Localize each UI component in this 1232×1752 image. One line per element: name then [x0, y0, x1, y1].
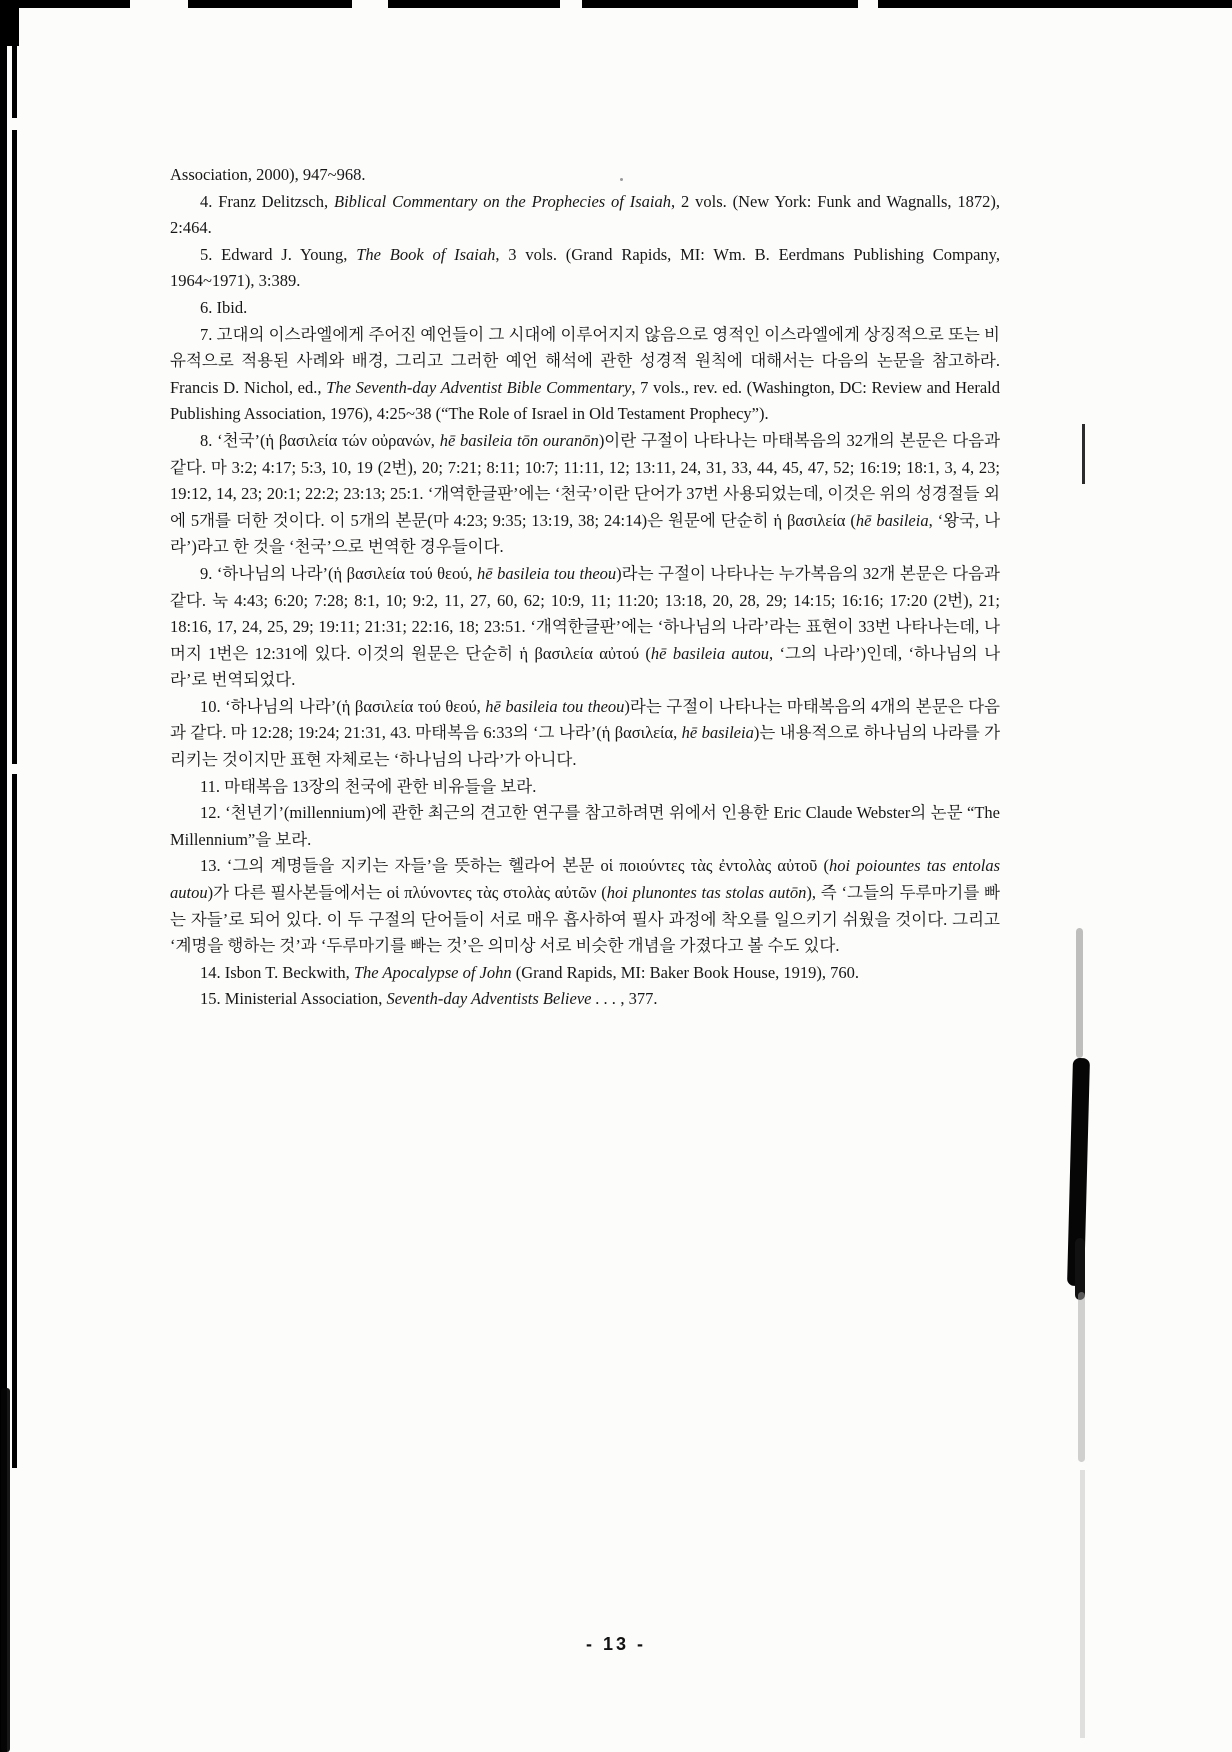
- text-segment: hē basileia: [856, 511, 929, 530]
- scan-artifact-right-tick: [1082, 424, 1085, 484]
- footnote-paragraph: 5. Edward J. Young, The Book of Isaiah, …: [170, 242, 1000, 295]
- scan-artifact-top-gap: [130, 0, 188, 8]
- footnote-paragraph: 14. Isbon T. Beckwith, The Apocalypse of…: [170, 960, 1000, 987]
- text-segment: Seventh-day Adventists Believe . . .: [387, 989, 621, 1008]
- scan-artifact-right-ink-blob: [1067, 1058, 1090, 1286]
- text-segment: (Grand Rapids, MI: Baker Book House, 191…: [512, 963, 859, 982]
- scan-artifact-left-edge-bar: [0, 0, 7, 1752]
- text-segment: hē basileia autou: [651, 644, 769, 663]
- text-segment: 6. Ibid.: [200, 298, 247, 317]
- text-segment: 11. 마태복음 13장의 천국에 관한 비유들을 보라.: [200, 777, 536, 796]
- scan-artifact-right-ink-blob-small: [1075, 1238, 1085, 1300]
- scan-artifact-topleft-blob: [0, 0, 19, 46]
- text-segment: 12. ‘천년기’(millennium)에 관한 최근의 견고한 연구를 참고…: [170, 803, 1000, 849]
- text-segment: hoi plunontes tas stolas autōn: [607, 883, 807, 902]
- scan-artifact-left-inner-line: [12, 0, 17, 1468]
- scan-artifact-right-smudge-upper: [1076, 928, 1083, 1058]
- footnote-paragraph: 7. 고대의 이스라엘에게 주어진 예언들이 그 시대에 이루어지지 않음으로 …: [170, 322, 1000, 428]
- text-segment: 4. Franz Delitzsch,: [200, 192, 334, 211]
- text-segment: , 377.: [620, 989, 657, 1008]
- scan-artifact-right-faint-streak: [1080, 1470, 1085, 1738]
- footnote-paragraph: 8. ‘천국’(ἡ βασιλεία τών οὐρανών, hē basil…: [170, 428, 1000, 561]
- footnote-paragraph: 10. ‘하나님의 나라’(ἡ βασιλεία τού θεού, hē ba…: [170, 694, 1000, 774]
- footnote-paragraph: 4. Franz Delitzsch, Biblical Commentary …: [170, 189, 1000, 242]
- footnote-paragraph: 12. ‘천년기’(millennium)에 관한 최근의 견고한 연구를 참고…: [170, 800, 1000, 853]
- text-segment: hē basileia tou theou: [485, 697, 624, 716]
- footnote-paragraph: 6. Ibid.: [170, 295, 1000, 322]
- scan-artifact-top-gap: [352, 0, 388, 8]
- footnote-paragraph: 13. ‘그의 계명들을 지키는 자들’을 뜻하는 헬라어 본문 οἱ ποιο…: [170, 853, 1000, 959]
- footnote-paragraph: 11. 마태복음 13장의 천국에 관한 비유들을 보라.: [170, 774, 1000, 801]
- footnote-paragraph: Association, 2000), 947~968.: [170, 162, 1000, 189]
- text-segment: hē basileia: [682, 723, 754, 742]
- text-segment: The Apocalypse of John: [354, 963, 512, 982]
- text-segment: The Book of Isaiah: [356, 245, 495, 264]
- text-segment: Biblical Commentary on the Prophecies of…: [334, 192, 671, 211]
- text-segment: 14. Isbon T. Beckwith,: [200, 963, 354, 982]
- text-segment: 8. ‘천국’(ἡ βασιλεία τών οὐρανών,: [200, 431, 440, 450]
- footnote-paragraph: 9. ‘하나님의 나라’(ἡ βασιλεία τού θεού, hē bas…: [170, 561, 1000, 694]
- scan-artifact-top-bar: [0, 0, 1232, 8]
- page-number: - 13 -: [0, 1634, 1232, 1655]
- scan-artifact-top-gap: [858, 0, 878, 8]
- text-segment: 5. Edward J. Young,: [200, 245, 356, 264]
- footnotes-section: Association, 2000), 947~968.4. Franz Del…: [170, 162, 1000, 1013]
- scan-artifact-left-gap: [12, 118, 17, 130]
- scanned-page: Association, 2000), 947~968.4. Franz Del…: [0, 0, 1232, 1752]
- text-segment: The Seventh-day Adventist Bible Commenta…: [326, 378, 631, 397]
- text-segment: hē basileia tou theou: [477, 564, 616, 583]
- scan-artifact-top-gap: [560, 0, 582, 8]
- text-segment: Association, 2000), 947~968.: [170, 165, 365, 184]
- scan-artifact-left-gap: [12, 764, 17, 774]
- text-segment: 10. ‘하나님의 나라’(ἡ βασιλεία τού θεού,: [200, 697, 485, 716]
- text-segment: 9. ‘하나님의 나라’(ἡ βασιλεία τού θεού,: [200, 564, 477, 583]
- text-segment: hē basileia tōn ouranōn: [440, 431, 599, 450]
- scan-artifact-bottomleft-strip: [1, 1388, 10, 1752]
- scan-artifact-right-smudge-lower: [1078, 1292, 1085, 1462]
- text-segment: 15. Ministerial Association,: [200, 989, 387, 1008]
- text-segment: 13. ‘그의 계명들을 지키는 자들’을 뜻하는 헬라어 본문 οἱ ποιο…: [200, 856, 829, 875]
- footnote-paragraph: 15. Ministerial Association, Seventh-day…: [170, 986, 1000, 1013]
- text-segment: )가 다른 필사본들에서는 οἱ πλύνοντες τὰς στολὰς αὐ…: [208, 883, 607, 902]
